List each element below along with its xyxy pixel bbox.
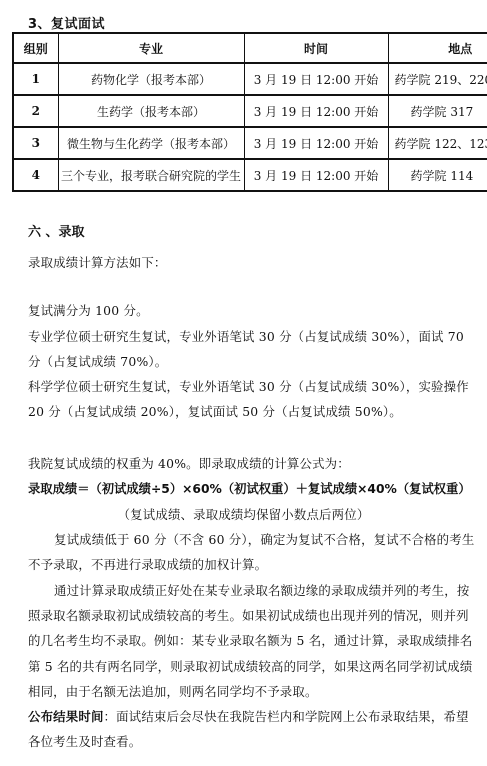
tie-rule-text-2: 照录取名额录取初试成绩较高的考生。如果初试成绩也出现并列的情况，则并列 bbox=[28, 606, 469, 624]
full-score-text: 复试满分为 100 分。 bbox=[28, 301, 149, 319]
cell-group: 4 bbox=[13, 159, 58, 191]
tie-rule-text-4: 第 5 名的共有两名同学，则录取初试成绩较高的同学，如果这两名同学初试成绩 bbox=[28, 657, 472, 675]
weight-text: 我院复试成绩的权重为 40%。即录取成绩的计算公式为： bbox=[28, 454, 350, 472]
admission-intro: 录取成绩计算方法如下： bbox=[28, 253, 167, 271]
fail-rule-text-2: 不予录取，不再进行录取成绩的加权计算。 bbox=[28, 555, 267, 573]
document-page: 3、复试面试 组别 专业 时间 地点 1 药物化学（报考本部） 3 月 19 日… bbox=[0, 0, 487, 766]
header-group: 组别 bbox=[13, 33, 58, 63]
cell-time: 3 月 19 日 12:00 开始 bbox=[244, 63, 388, 95]
rounding-note: （复试成绩、录取成绩均保留小数点后两位） bbox=[0, 505, 487, 523]
cell-time: 3 月 19 日 12:00 开始 bbox=[244, 159, 388, 191]
publish-results-body: ：面试结束后会尽快在我院告栏内和学院网上公布录取结果，希望 bbox=[104, 709, 469, 724]
table-row: 4 三个专业，报考联合研究院的学生 3 月 19 日 12:00 开始 药学院 … bbox=[13, 159, 487, 191]
cell-location: 药学院 219、220 bbox=[388, 63, 487, 95]
header-location: 地点 bbox=[388, 33, 487, 63]
cell-major: 微生物与生化药学（报考本部） bbox=[58, 127, 244, 159]
header-major: 专业 bbox=[58, 33, 244, 63]
interview-schedule-table: 组别 专业 时间 地点 1 药物化学（报考本部） 3 月 19 日 12:00 … bbox=[12, 32, 487, 192]
cell-time: 3 月 19 日 12:00 开始 bbox=[244, 127, 388, 159]
publish-results-label: 公布结果时间 bbox=[28, 709, 104, 724]
cell-major: 生药学（报考本部） bbox=[58, 95, 244, 127]
cell-location: 药学院 317 bbox=[388, 95, 487, 127]
cell-location: 药学院 122、123 bbox=[388, 127, 487, 159]
cell-time: 3 月 19 日 12:00 开始 bbox=[244, 95, 388, 127]
tie-rule-text-5: 相同，由于名额无法追加，则两名同学均不予录取。 bbox=[28, 682, 318, 700]
fail-rule-text-1: 复试成绩低于 60 分（不含 60 分），确定为复试不合格，复试不合格的考生 bbox=[54, 530, 474, 548]
publish-results-text-2: 各位考生及时查看。 bbox=[28, 732, 141, 750]
professional-degree-text-2: 分（占复试成绩 70%）。 bbox=[28, 352, 167, 370]
cell-group: 1 bbox=[13, 63, 58, 95]
tie-rule-text-3: 的几名考生均不录取。例如：某专业录取名额为 5 名，通过计算，录取成绩排名 bbox=[28, 631, 472, 649]
cell-group: 2 bbox=[13, 95, 58, 127]
professional-degree-text-1: 专业学位硕士研究生复试，专业外语笔试 30 分（占复试成绩 30%），面试 70 bbox=[28, 327, 464, 345]
admission-section-title: 六 、录取 bbox=[28, 221, 85, 240]
cell-major: 药物化学（报考本部） bbox=[58, 63, 244, 95]
table-row: 3 微生物与生化药学（报考本部） 3 月 19 日 12:00 开始 药学院 1… bbox=[13, 127, 487, 159]
cell-location: 药学院 114 bbox=[388, 159, 487, 191]
admission-formula: 录取成绩＝（初试成绩÷5）×60%（初试权重）＋复试成绩×40%（复试权重） bbox=[28, 479, 471, 497]
table-row: 2 生药学（报考本部） 3 月 19 日 12:00 开始 药学院 317 bbox=[13, 95, 487, 127]
header-time: 时间 bbox=[244, 33, 388, 63]
cell-group: 3 bbox=[13, 127, 58, 159]
academic-degree-text-1: 科学学位硕士研究生复试，专业外语笔试 30 分（占复试成绩 30%），实验操作 bbox=[28, 377, 469, 395]
table-header-row: 组别 专业 时间 地点 bbox=[13, 33, 487, 63]
tie-rule-text-1: 通过计算录取成绩正好处在某专业录取名额边缘的录取成绩并列的考生，按 bbox=[54, 581, 470, 599]
interview-heading: 3、复试面试 bbox=[28, 13, 105, 32]
publish-results-text-1: 公布结果时间：面试结束后会尽快在我院告栏内和学院网上公布录取结果，希望 bbox=[28, 707, 469, 725]
academic-degree-text-2: 20 分（占复试成绩 20%），复试面试 50 分（占复试成绩 50%）。 bbox=[28, 402, 402, 420]
table-row: 1 药物化学（报考本部） 3 月 19 日 12:00 开始 药学院 219、2… bbox=[13, 63, 487, 95]
cell-major: 三个专业，报考联合研究院的学生 bbox=[58, 159, 244, 191]
